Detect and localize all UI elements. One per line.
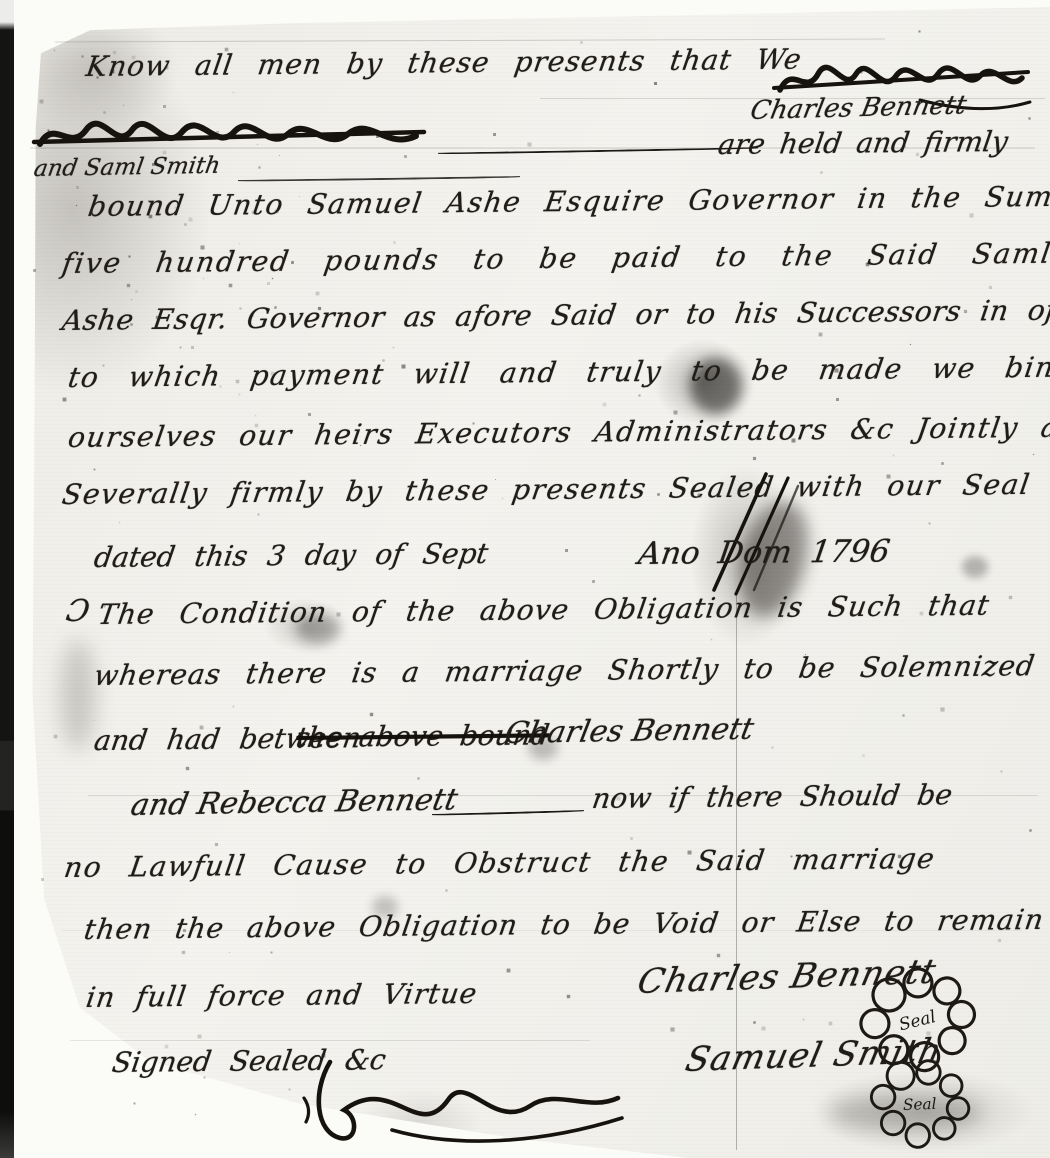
- date-line: dated this 3 day of Sept: [92, 537, 490, 574]
- paper-speckles: [0, 0, 1, 1]
- scan-film-edge: [0, 0, 14, 1158]
- surety-name-interlined: and Saml Smith: [32, 153, 222, 182]
- now-if-line: now if there Should be: [590, 778, 955, 815]
- witness-signature-scribble: [296, 1046, 636, 1156]
- bond-line-held-firmly: are held and firmly: [716, 125, 1010, 161]
- full-force-line: in full force and Virtue: [84, 977, 480, 1014]
- groom-name: Charles Bennett: [502, 712, 757, 751]
- pen-flourish: [700, 468, 800, 598]
- faint-rule-line: [70, 1040, 590, 1041]
- seal-label: Seal: [903, 1095, 937, 1114]
- interlined-groom-name: Charles Bennett: [748, 90, 969, 126]
- stain: [60, 640, 96, 750]
- scanned-marriage-bond: Know all men by these presents that We C…: [0, 0, 1050, 1158]
- ink-smudge: [962, 556, 988, 578]
- bride-name: and Rebecca Bennett: [128, 782, 461, 823]
- wax-seal-scribble: Seal: [859, 1047, 982, 1158]
- anno-domini-year: Ano Dom 1796: [636, 533, 892, 572]
